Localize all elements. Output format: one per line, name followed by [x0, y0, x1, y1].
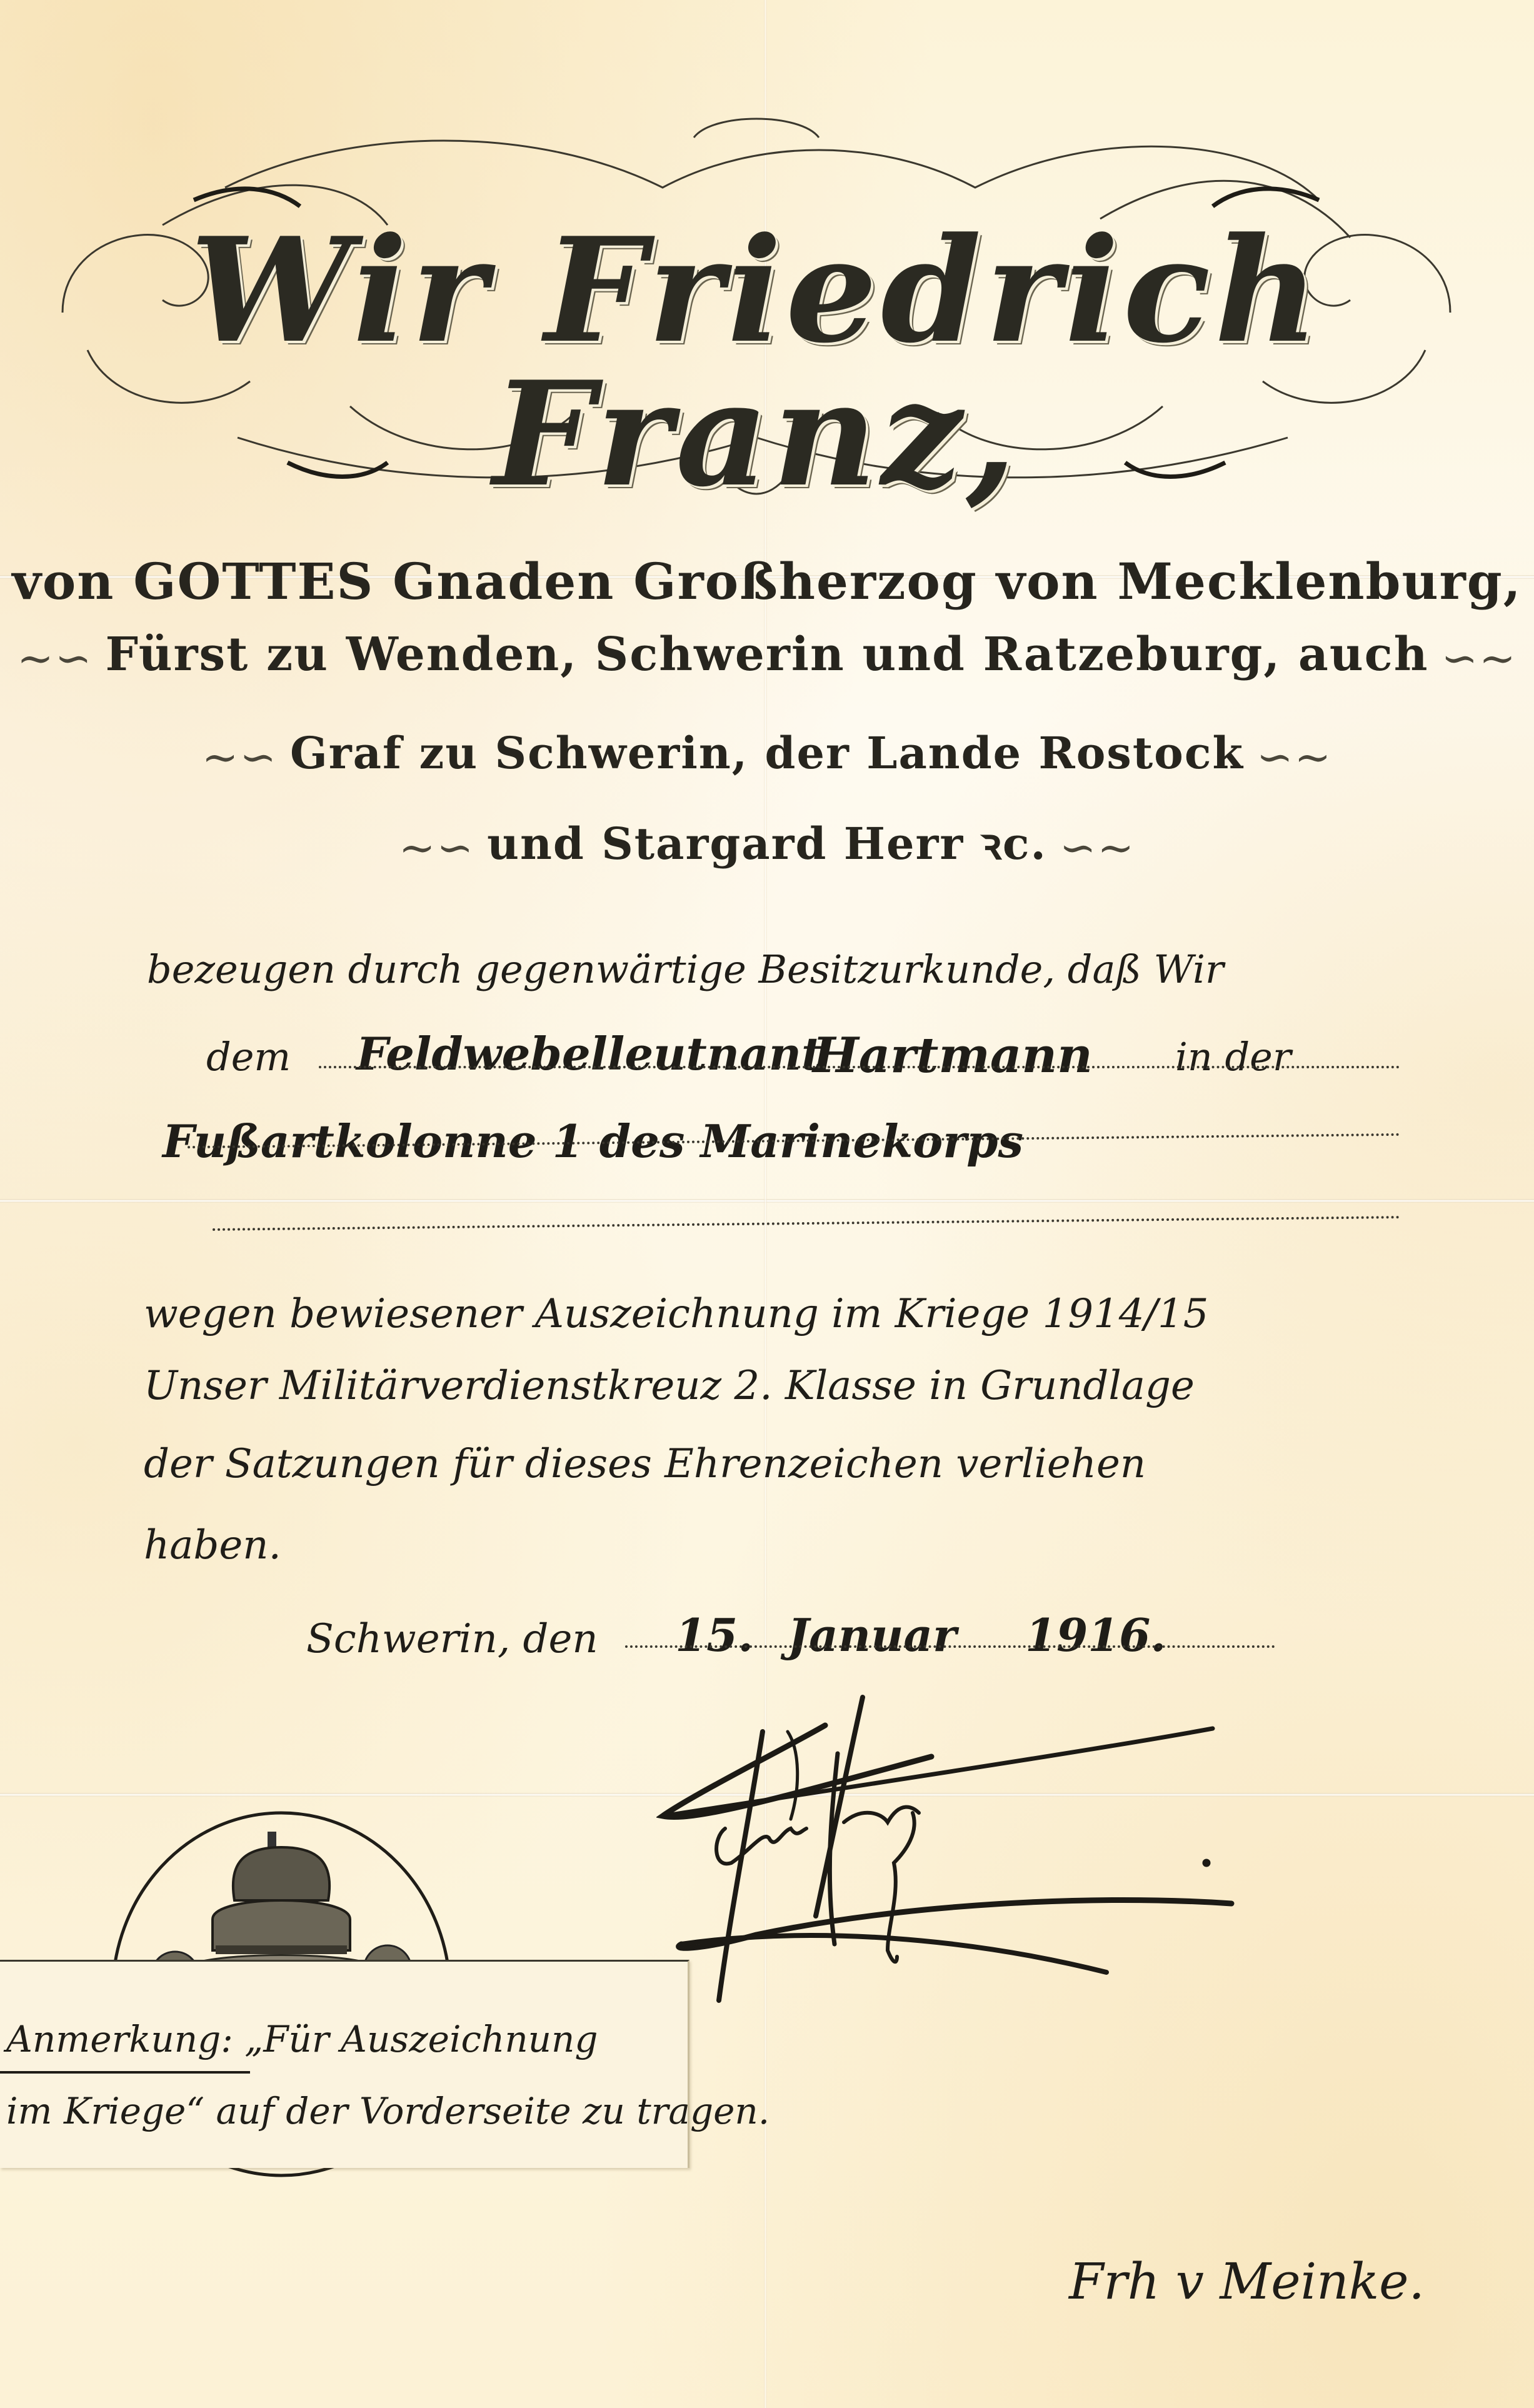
title-line-1-text: von GOTTES Gnaden Großherzog von Mecklen… — [12, 552, 1521, 611]
date-day: 15. — [675, 1613, 753, 1658]
heading-title: Wir Friedrich Franz, — [38, 219, 1475, 506]
flourish-right-icon: ∽~ — [1256, 731, 1332, 783]
dotted-fill-line — [319, 1066, 1400, 1068]
title-line-2-text: Fürst zu Wenden, Schwerin und Ratzeburg,… — [105, 628, 1428, 681]
countersignature: Frh v Meinke. — [1069, 2257, 1425, 2307]
dotted-fill-line — [625, 1645, 1275, 1648]
body-line-6: der Satzungen für dieses Ehrenzeichen ve… — [144, 1444, 1146, 1484]
note-label-underline — [0, 2071, 250, 2074]
body-line-2-prefix: dem — [206, 1038, 291, 1076]
body-line-5: Unser Militärverdienstkreuz 2. Klasse in… — [144, 1366, 1195, 1406]
flourish-left-icon: ~∽ — [399, 822, 474, 873]
flourish-left-icon: ~∽ — [202, 731, 278, 783]
title-line-1: von GOTTES Gnaden Großherzog von Mecklen… — [0, 556, 1534, 606]
heading-block: Wir Friedrich Franz, — [38, 113, 1475, 500]
title-line-4: ~∽und Stargard Herr ꝛc.∽~ — [0, 822, 1534, 870]
sovereign-signature: Friedrich Franz — [656, 1688, 1469, 2113]
date-year: 1916. — [1025, 1613, 1166, 1658]
date-month: Januar — [788, 1613, 956, 1658]
dotted-fill-line — [213, 1216, 1400, 1231]
title-line-4-text: und Stargard Herr ꝛc. — [487, 818, 1047, 870]
body-line-4: wegen bewiesener Auszeichnung im Kriege … — [144, 1294, 1208, 1334]
certificate-page: Wir Friedrich Franz, von GOTTES Gnaden G… — [0, 0, 1534, 2408]
annotation-note: Anmerkung: „Für Auszeichnung im Kriege“ … — [0, 1960, 689, 2168]
note-line-2: im Kriege“ auf der Vorderseite zu tragen… — [6, 2093, 770, 2129]
flourish-left-icon: ~∽ — [17, 633, 93, 684]
title-line-2: ~∽Fürst zu Wenden, Schwerin und Ratzebur… — [0, 631, 1534, 680]
body-line-1: bezeugen durch gegenwärtige Besitzurkund… — [147, 950, 1224, 989]
flourish-right-icon: ∽~ — [1060, 822, 1135, 873]
place-prefix: Schwerin, den — [306, 1619, 598, 1659]
body-line-7: haben. — [144, 1525, 281, 1565]
title-line-3: ~∽Graf zu Schwerin, der Lande Rostock∽~ — [0, 731, 1534, 779]
note-line-1: Anmerkung: „Für Auszeichnung — [6, 2021, 598, 2057]
title-line-3-text: Graf zu Schwerin, der Lande Rostock — [290, 727, 1244, 779]
recipient-name: Hartmann — [813, 1031, 1093, 1080]
recipient-rank: Feldwebelleutnant — [356, 1031, 822, 1076]
note-label: Anmerkung: — [6, 2018, 233, 2060]
note-text-1: „Für Auszeichnung — [244, 2018, 598, 2060]
fold-line — [0, 1199, 1534, 1203]
body-line-2-suffix: in der — [1175, 1038, 1291, 1076]
flourish-right-icon: ∽~ — [1441, 633, 1517, 684]
